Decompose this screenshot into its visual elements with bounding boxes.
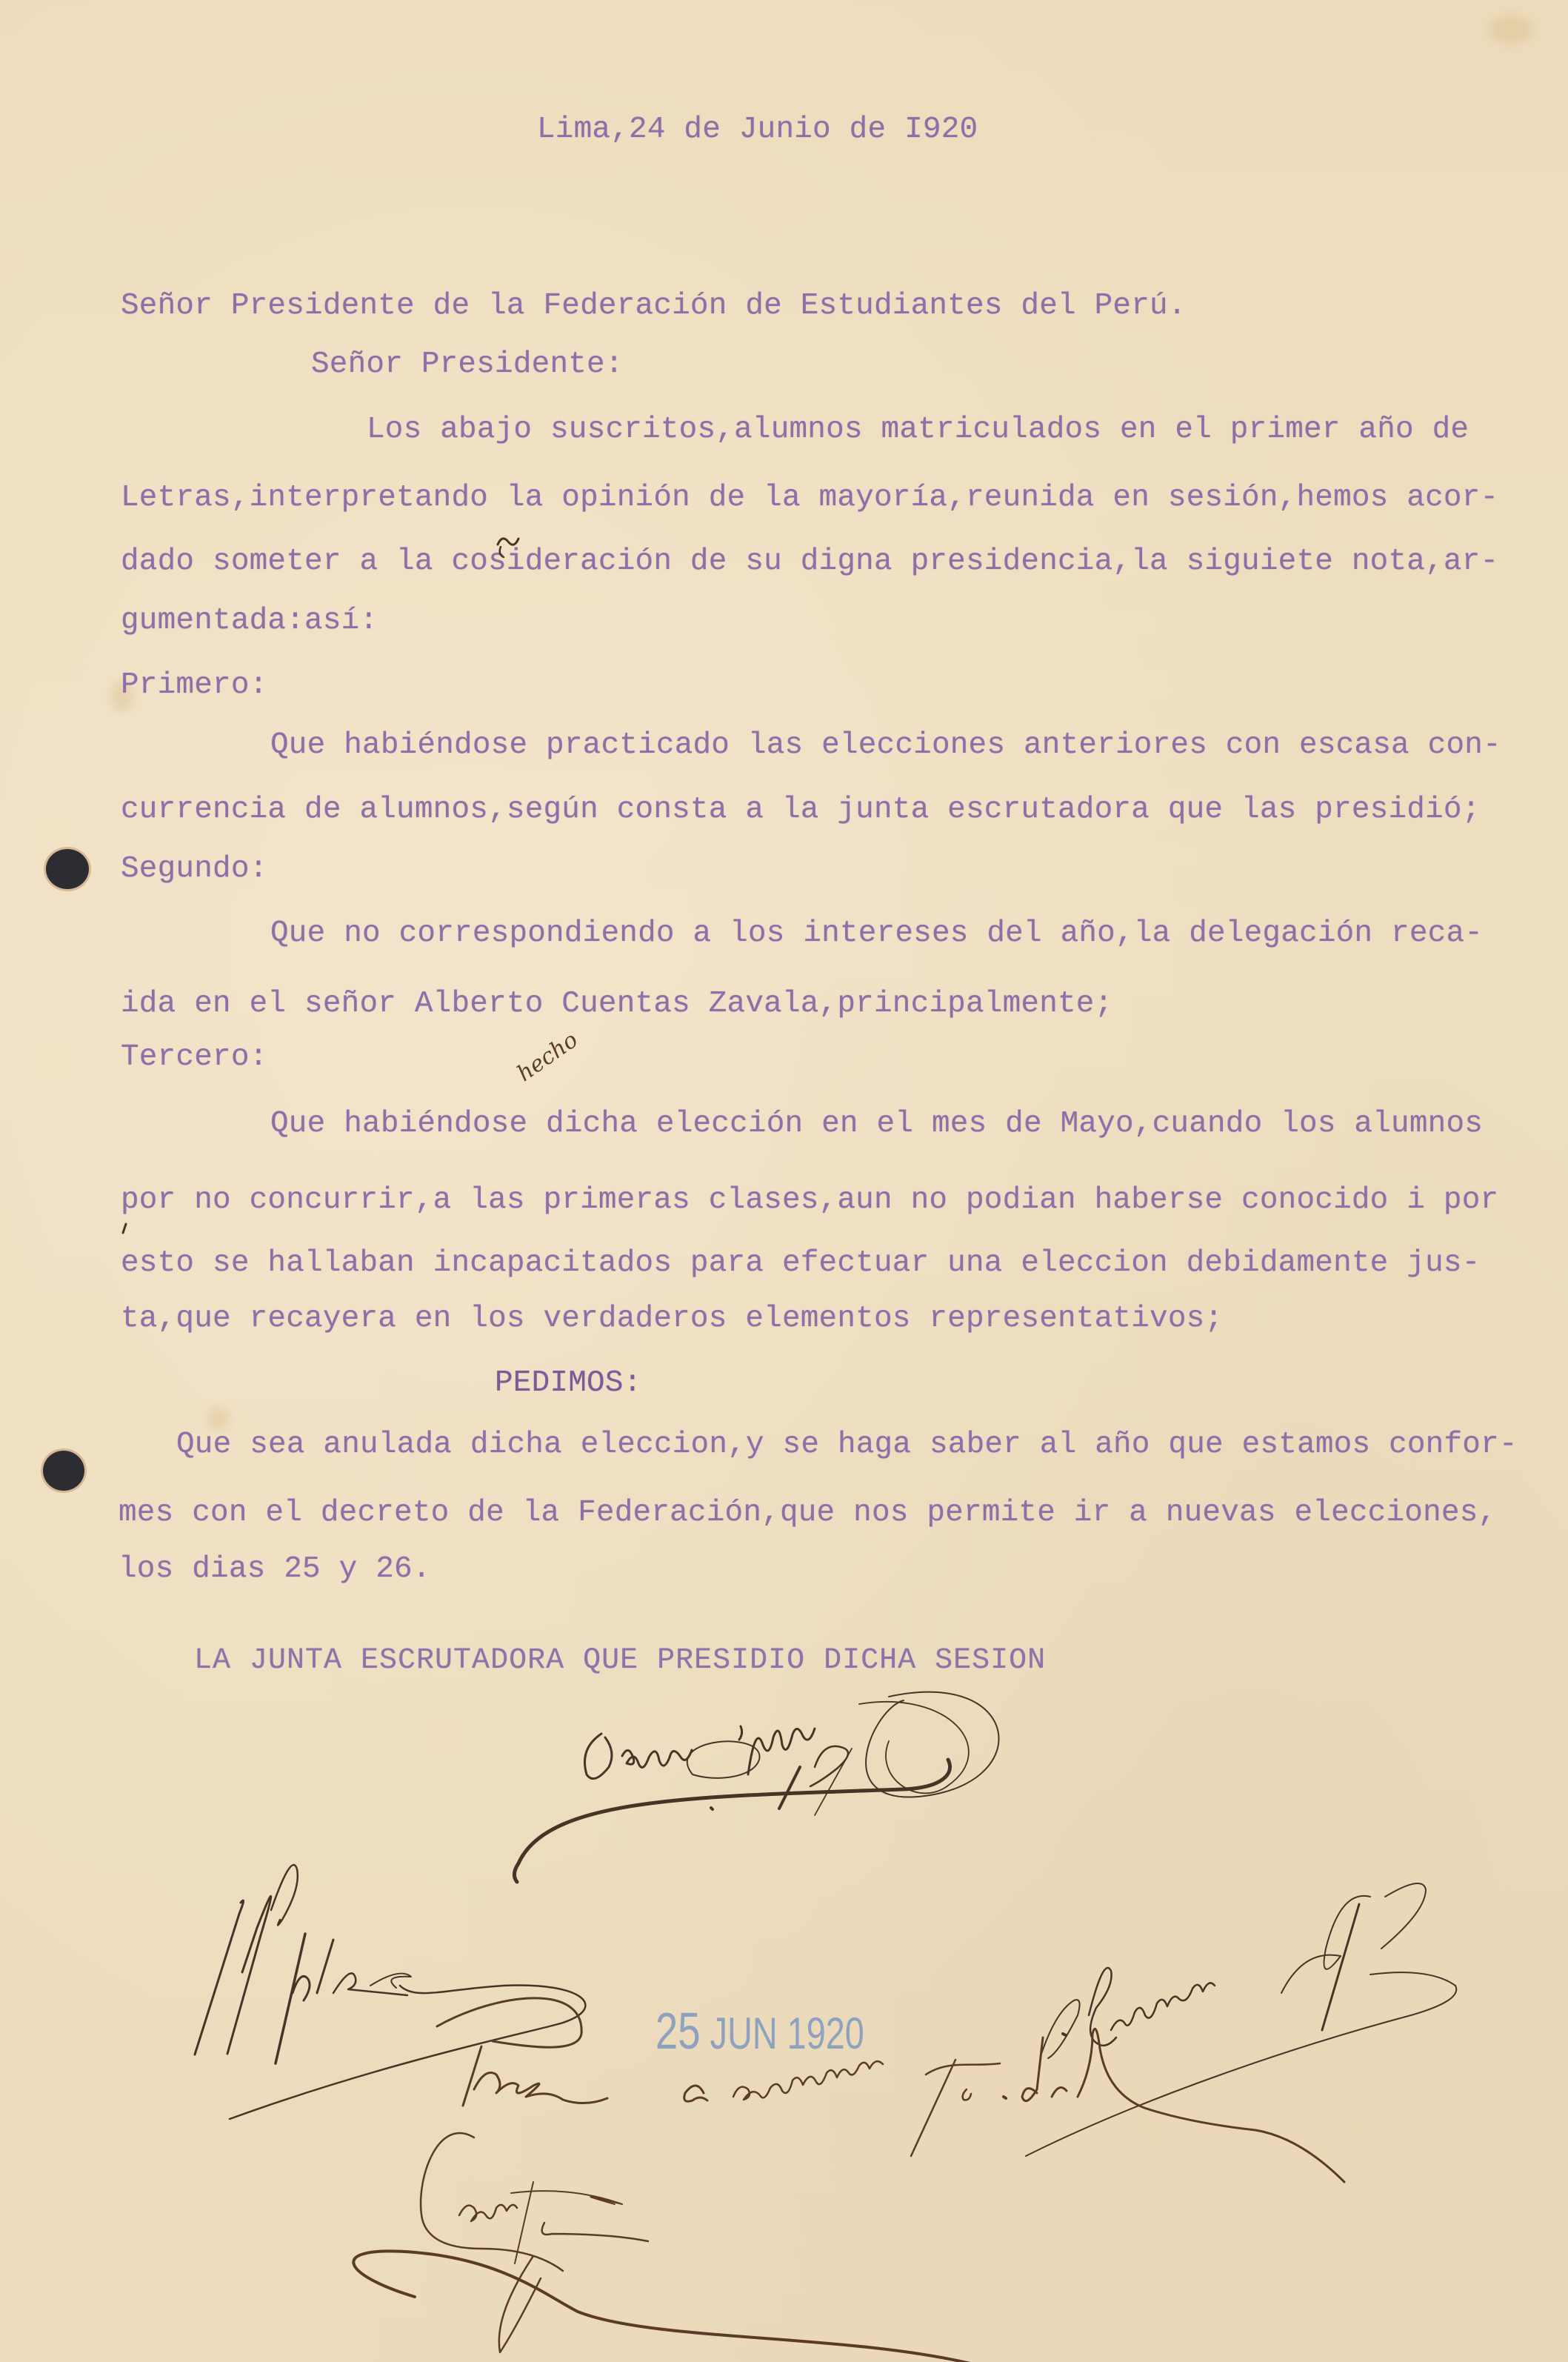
tilde-insertion-mark	[498, 539, 518, 545]
signature-coronel-arrigo	[514, 1692, 998, 1882]
handwriting-layer	[0, 0, 1568, 2362]
signature-mora	[195, 1865, 585, 2119]
signature-sotomayor	[1026, 1883, 1456, 2156]
annotation-pase-a-conocimiento	[353, 1998, 1344, 2362]
